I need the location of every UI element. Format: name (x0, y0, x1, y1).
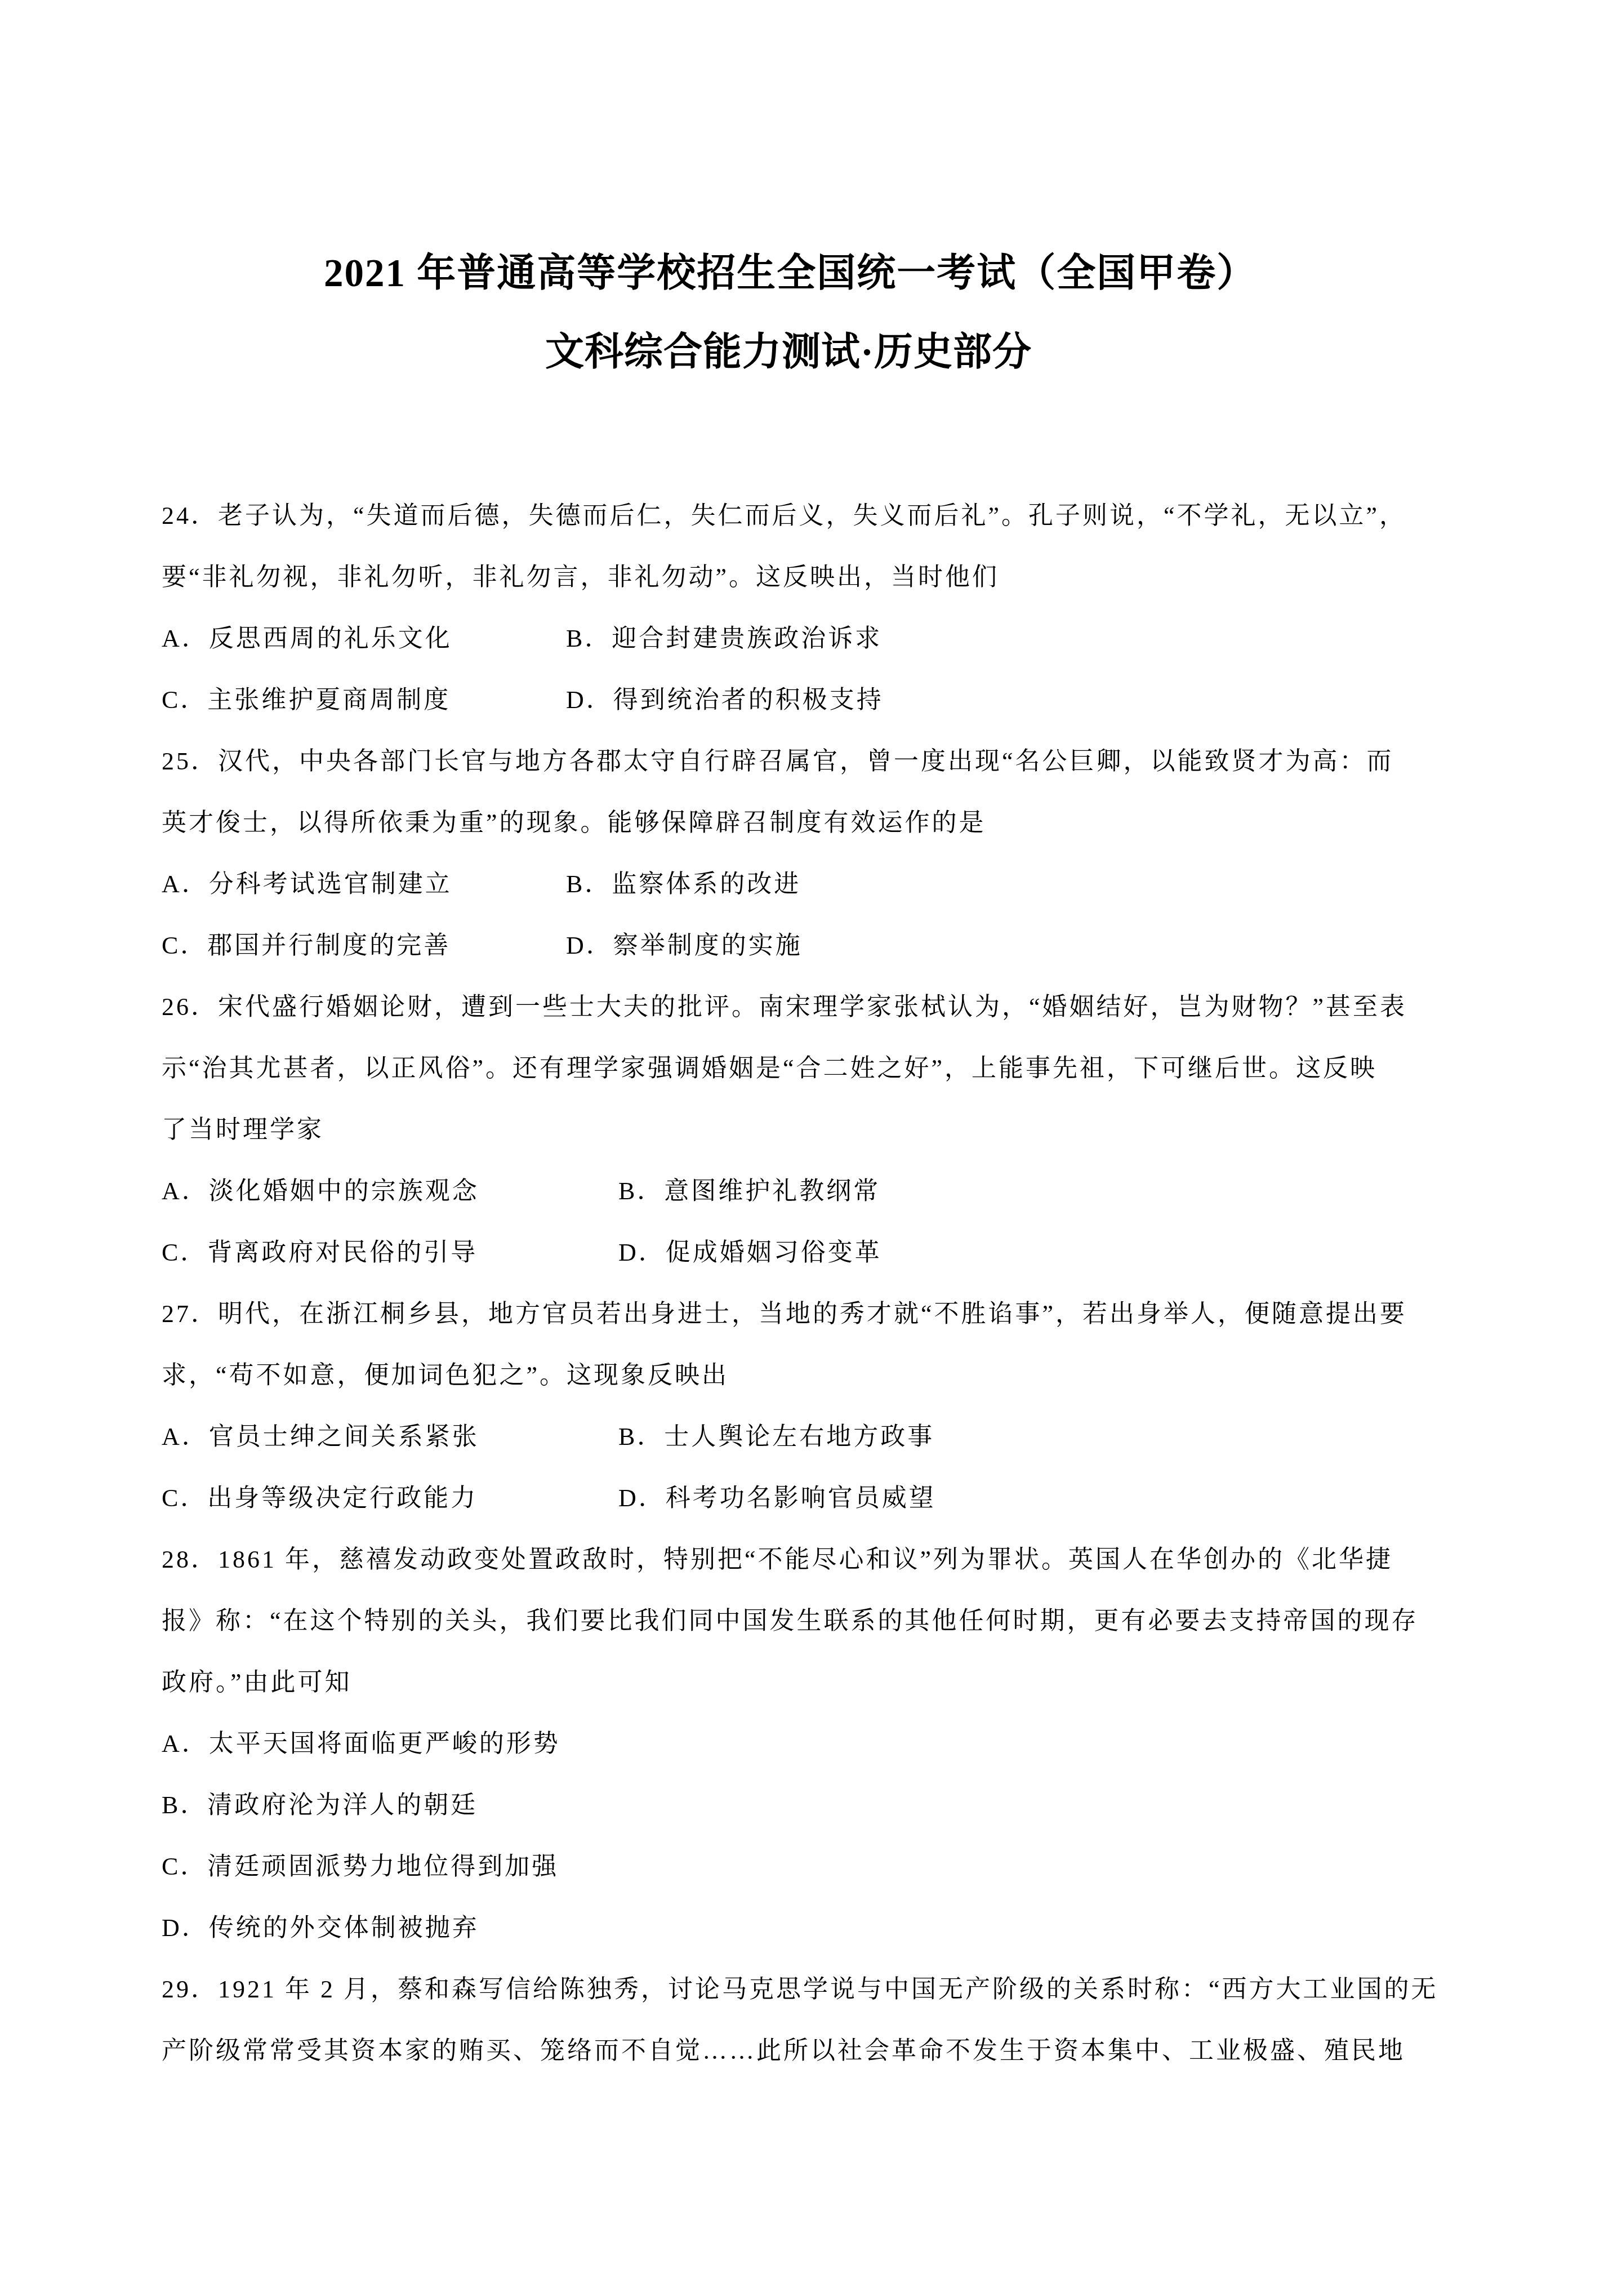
q25-stem-line-2: 英才俊士，以得所依秉为重”的现象。能够保障辟召制度有效运作的是 (162, 809, 986, 838)
q28-stem-line-3: 政府。”由此可知 (162, 1668, 352, 1697)
q28-option-a-text: 太平天国将面临更严峻的形势 (209, 1730, 560, 1757)
q25-option-b-text: 监察体系的改进 (612, 870, 801, 898)
q28-option-a-label: A． (162, 1730, 209, 1757)
q26-stem-line-3: 了当时理学家 (162, 1116, 324, 1145)
q27-option-c-text: 出身等级决定行政能力 (207, 1484, 478, 1512)
q25-option-d-text: 察举制度的实施 (613, 932, 803, 959)
q25-stem-line-1: 25．汉代，中央各部门长官与地方各郡太守自行辟召属官，曾一度出现“名公巨卿，以能… (162, 747, 1394, 776)
q29-stem-line-1: 29．1921 年 2 月，蔡和森写信给陈独秀，讨论马克思学说与中国无产阶级的关… (162, 1975, 1438, 2004)
q25-option-a-label: A． (162, 870, 209, 898)
exam-subtitle: 文科综合能力测试·历史部分 (545, 331, 1032, 374)
q24-option-a: A．反思西周的礼乐文化 (162, 625, 452, 653)
q24-option-c-label: C． (162, 686, 207, 714)
q28-option-a: A．太平天国将面临更严峻的形势 (162, 1730, 560, 1759)
q24-option-a-text: 反思西周的礼乐文化 (209, 625, 452, 652)
q24-stem-line-2: 要“非礼勿视，非礼勿听，非礼勿言，非礼勿动”。这反映出，当时他们 (162, 563, 999, 592)
q24-option-a-label: A． (162, 625, 209, 652)
q24-option-c-text: 主张维护夏商周制度 (207, 686, 451, 714)
q28-option-b-label: B． (162, 1791, 207, 1819)
q28-option-d-text: 传统的外交体制被抛弃 (209, 1914, 479, 1942)
q27-stem-line-1: 27．明代，在浙江桐乡县，地方官员若出身进士，当地的秀才就“不胜谄事”，若出身举… (162, 1300, 1407, 1329)
q26-option-c: C．背离政府对民俗的引导 (162, 1239, 478, 1267)
q25-option-a: A．分科考试选官制建立 (162, 870, 452, 899)
q24-stem-line-1: 24．老子认为，“失道而后德，失德而后仁，失仁而后义，失义而后礼”。孔子则说，“… (162, 502, 1406, 531)
q25-option-a-text: 分科考试选官制建立 (209, 870, 452, 898)
q25-option-c: C．郡国并行制度的完善 (162, 932, 451, 960)
q27-option-d-label: D． (618, 1484, 666, 1512)
q26-stem-line-1: 26．宋代盛行婚姻论财，遭到一些士大夫的批评。南宋理学家张栻认为，“婚姻结好，岂… (162, 993, 1407, 1022)
q24-option-c: C．主张维护夏商周制度 (162, 686, 451, 715)
q25-option-d: D．察举制度的实施 (566, 932, 803, 960)
q27-stem-line-2: 求，“苟不如意，便加词色犯之”。这现象反映出 (162, 1361, 729, 1390)
q29-stem-line-2: 产阶级常常受其资本家的贿买、笼络而不自觉……此所以社会革命不发生于资本集中、工业… (162, 2037, 1405, 2066)
q26-option-d-label: D． (618, 1239, 666, 1266)
q27-option-c-label: C． (162, 1484, 207, 1512)
q28-option-c: C．清廷顽固派势力地位得到加强 (162, 1853, 559, 1881)
q27-option-b-label: B． (618, 1423, 664, 1450)
q26-option-a-label: A． (162, 1177, 209, 1205)
q26-option-a-text: 淡化婚姻中的宗族观念 (209, 1177, 479, 1205)
q27-option-c: C．出身等级决定行政能力 (162, 1484, 478, 1513)
q27-option-b: B．士人舆论左右地方政事 (618, 1423, 934, 1452)
q26-option-a: A．淡化婚姻中的宗族观念 (162, 1177, 479, 1206)
q27-option-d: D．科考功名影响官员威望 (618, 1484, 936, 1513)
q26-option-b: B．意图维护礼教纲常 (618, 1177, 880, 1206)
q26-stem-line-2: 示“治其尤甚者，以正风俗”。还有理学家强调婚姻是“合二姓之好”，上能事先祖，下可… (162, 1054, 1377, 1083)
q26-option-c-label: C． (162, 1239, 207, 1266)
q28-option-d-label: D． (162, 1914, 209, 1942)
q24-option-d-text: 得到统治者的积极支持 (613, 686, 884, 714)
q28-option-b: B．清政府沦为洋人的朝廷 (162, 1791, 478, 1820)
q27-option-a: A．官员士绅之间关系紧张 (162, 1423, 479, 1452)
q27-option-a-label: A． (162, 1423, 209, 1450)
q26-option-c-text: 背离政府对民俗的引导 (207, 1239, 478, 1266)
q28-stem-line-2: 报》称：“在这个特别的关头，我们要比我们同中国发生联系的其他任何时期，更有必要去… (162, 1607, 1419, 1636)
exam-paper-page: 2021 年普通高等学校招生全国统一考试（全国甲卷） 文科综合能力测试·历史部分… (0, 0, 1622, 2296)
q25-option-b-label: B． (566, 870, 612, 898)
q28-option-c-text: 清廷顽固派势力地位得到加强 (207, 1853, 559, 1880)
q24-option-d-label: D． (566, 686, 613, 714)
q24-option-b-label: B． (566, 625, 612, 652)
q25-option-c-label: C． (162, 932, 207, 959)
q24-option-b: B．迎合封建贵族政治诉求 (566, 625, 882, 653)
q28-option-d: D．传统的外交体制被抛弃 (162, 1914, 479, 1943)
q25-option-c-text: 郡国并行制度的完善 (207, 932, 451, 959)
q26-option-d-text: 促成婚姻习俗变革 (666, 1239, 882, 1266)
q28-option-b-text: 清政府沦为洋人的朝廷 (207, 1791, 478, 1819)
q25-option-d-label: D． (566, 932, 613, 959)
q26-option-b-text: 意图维护礼教纲常 (664, 1177, 880, 1205)
q24-option-b-text: 迎合封建贵族政治诉求 (612, 625, 882, 652)
q28-option-c-label: C． (162, 1853, 207, 1880)
q27-option-a-text: 官员士绅之间关系紧张 (209, 1423, 479, 1450)
q27-option-b-text: 士人舆论左右地方政事 (664, 1423, 934, 1450)
q24-option-d: D．得到统治者的积极支持 (566, 686, 884, 715)
q26-option-d: D．促成婚姻习俗变革 (618, 1239, 882, 1267)
exam-title: 2021 年普通高等学校招生全国统一考试（全国甲卷） (324, 252, 1256, 295)
q26-option-b-label: B． (618, 1177, 664, 1205)
q27-option-d-text: 科考功名影响官员威望 (666, 1484, 936, 1512)
q25-option-b: B．监察体系的改进 (566, 870, 801, 899)
q28-stem-line-1: 28．1861 年，慈禧发动政变处置政敌时，特别把“不能尽心和议”列为罪状。英国… (162, 1546, 1393, 1574)
